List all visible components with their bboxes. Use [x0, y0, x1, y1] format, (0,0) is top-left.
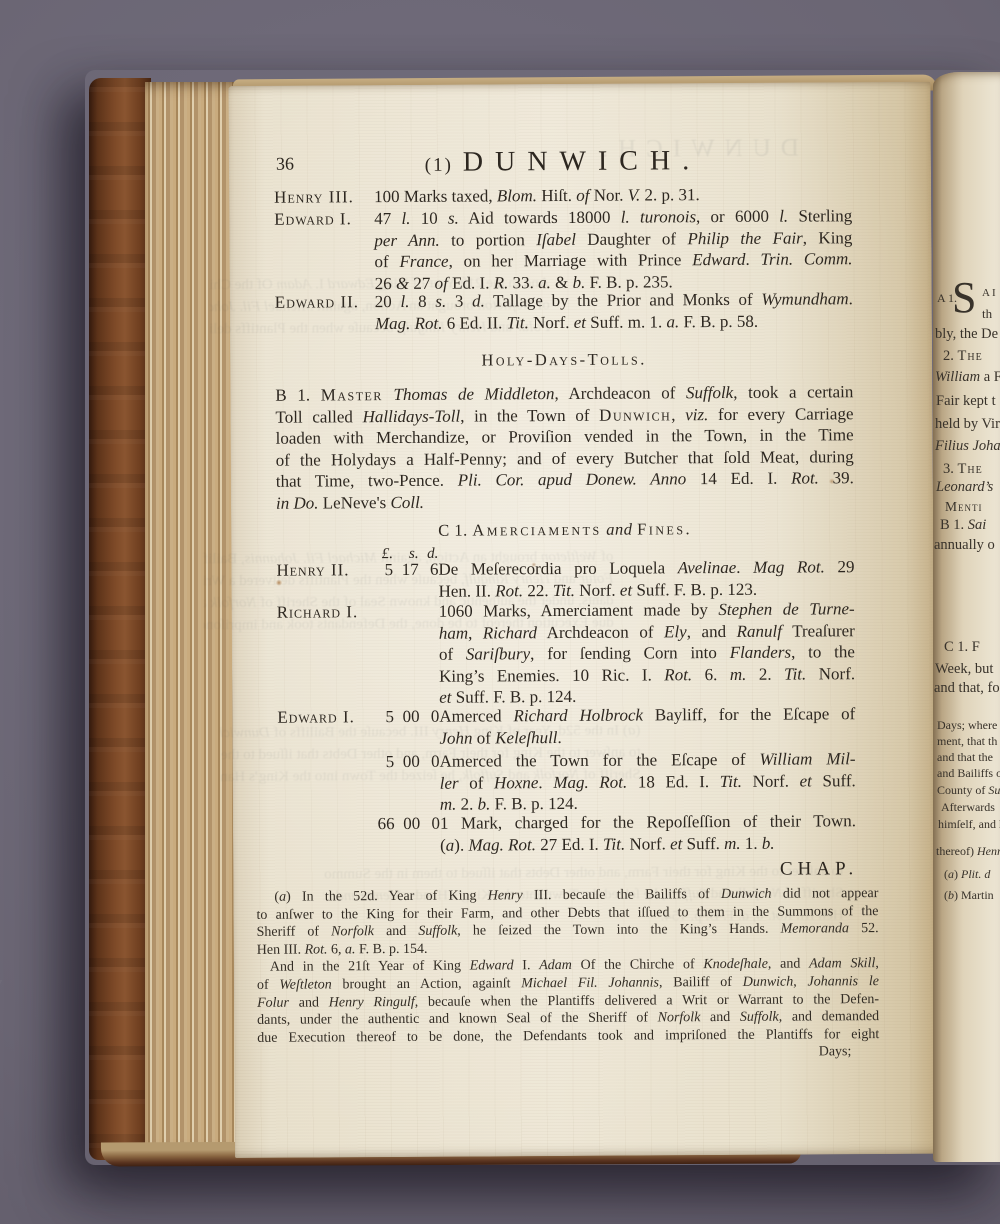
book-spine: [89, 78, 151, 1160]
text-line: of Sariſbury, for ſending Corn into Flan…: [439, 641, 855, 665]
reign-label: Henry II.: [276, 559, 371, 603]
text-line: 20 l. 8 s. 3 d. Tallage by the Prior and…: [375, 288, 853, 312]
text-line: Amerced the Town for the Eſcape of Willi…: [440, 748, 856, 772]
right-page-text-fragment: (b) Martin: [944, 888, 994, 903]
text-line: 1 Mark, charged for the Repoſſeſſion of …: [440, 810, 856, 834]
text-line: Mag. Rot. 6 Ed. II. Tit. Norf. et Suff. …: [375, 310, 853, 334]
running-title-mark: (1): [425, 155, 453, 176]
text-line: in Do. LeNeve's Coll.: [276, 489, 854, 514]
right-page-text-fragment: Menti: [945, 499, 983, 515]
text-line: 47 l. 10 s. Aid towards 18000 l. turonoi…: [374, 205, 852, 229]
right-page-text-fragment: County of Suf: [937, 783, 1000, 798]
entry-text: 20 l. 8 s. 3 d. Tallage by the Prior and…: [375, 288, 853, 334]
money-cells: 5 00 0: [373, 751, 440, 816]
pence-value: 6: [421, 559, 439, 602]
amerciament-row: Edward I. 5 00 0 Amerced Richard Holbroc…: [277, 703, 855, 750]
shillings-value: 17: [395, 559, 419, 602]
right-page-text-fragment: C 1. F: [944, 639, 980, 656]
amerciament-row: 66 00 0 1 Mark, charged for the Repoſſeſ…: [278, 810, 856, 857]
text-line: per Ann. to portion Iſabel Daughter of P…: [374, 227, 852, 251]
right-page: A 1. S AI th bly, the De 2. The William …: [933, 72, 1000, 1162]
text-line: John of Keleſhull.: [439, 725, 855, 749]
footnote: (a) In the 52d. Year of King Henry III. …: [256, 885, 879, 1065]
text-line: Amerced Richard Holbrock Bayliff, for th…: [439, 703, 855, 727]
photo-backdrop: DUNWICH. And in the 21ſt Year of King Ed…: [0, 0, 1000, 1224]
right-page-text-fragment: Afterwards: [941, 800, 995, 815]
right-page-text-fragment: B 1. Sai: [940, 517, 986, 534]
entry-text: 47 l. 10 s. Aid towards 18000 l. turonoi…: [374, 205, 853, 294]
text-line: 100 Marks taxed, Blom. Hiſt. of Nor. V. …: [374, 183, 852, 207]
money-cells: 5 00 0: [372, 706, 439, 749]
left-page: DUNWICH. And in the 21ſt Year of King Ed…: [228, 82, 937, 1158]
right-page-text-fragment: Fair kept t: [936, 393, 996, 410]
tolls-paragraph: B 1. Master Thomas de Middleton, Archdea…: [275, 381, 854, 514]
reign-label: Edward I.: [274, 208, 375, 295]
entry-text: Amerced Richard Holbrock Bayliff, for th…: [439, 703, 855, 749]
right-page-text-fragment: AI: [982, 287, 998, 299]
amerciament-row: Richard I. 1060 Marks, Amerciament made …: [277, 598, 856, 709]
right-page-text-fragment: and that, fo: [934, 680, 1000, 697]
section-heading-holy-days-tolls: Holy-Days-Tolls.: [275, 348, 853, 372]
right-page-text-fragment: Week, but: [935, 661, 993, 678]
money-cells: 66 00 0: [373, 813, 440, 856]
running-title: (1)DUNWICH.: [274, 144, 852, 180]
amerciament-row: 5 00 0 Amerced the Town for the Eſcape o…: [278, 748, 856, 816]
entry-text: 1 Mark, charged for the Repoſſeſſion of …: [440, 810, 856, 856]
text-line: (a). Mag. Rot. 27 Ed. I. Tit. Norf. et S…: [440, 832, 856, 856]
section-heading-amerciaments-fines: C 1. Amerciaments and Fines.: [276, 518, 854, 542]
right-page-text-fragment: Leonard’s: [936, 479, 993, 496]
right-page-text-fragment: and Bailiffs of: [937, 766, 1000, 781]
open-book: DUNWICH. And in the 21ſt Year of King Ed…: [85, 70, 1000, 1165]
footnote-catchword: Days;: [257, 1043, 879, 1064]
entry-text: Amerced the Town for the Eſcape of Willi…: [440, 748, 856, 815]
text-line: ham, Richard Archdeacon of Ely, and Ranu…: [439, 620, 855, 644]
tax-entry-row: Edward I. 47 l. 10 s. Aid towards 18000 …: [274, 205, 853, 295]
reign-label: Henry III.: [274, 186, 374, 208]
right-page-text-fragment: thereof) Henry: [936, 844, 1000, 859]
right-page-text-fragment: annually o: [934, 537, 995, 554]
money-cells: [372, 601, 440, 709]
amerciament-row: Henry II. 5 17 6 De Meſerecordia pro Loq…: [276, 556, 854, 603]
right-page-text-fragment: Days; where: [937, 718, 997, 733]
pounds-value: 5: [371, 559, 393, 602]
right-page-text-fragment: 3. The: [943, 461, 983, 478]
entry-text: De Meſerecordia pro Loquela Avelinae. Ma…: [438, 556, 854, 602]
right-page-text-fragment: William a F: [935, 369, 1000, 386]
right-page-text-fragment: ment, that th: [937, 734, 997, 749]
money-cells: 5 17 6: [371, 559, 438, 602]
text-line: De Meſerecordia pro Loquela Avelinae. Ma…: [438, 556, 854, 580]
page-header: 36 (1)DUNWICH.: [274, 144, 852, 178]
right-page-text-fragment: and that the: [937, 750, 993, 765]
reign-label: Edward II.: [275, 291, 375, 335]
text-line: 1060 Marks, Amerciament made by Stephen …: [439, 598, 855, 622]
entry-text: 100 Marks taxed, Blom. Hiſt. of Nor. V. …: [374, 183, 852, 207]
right-page-text-fragment: 2. The: [943, 348, 983, 365]
text-line: King’s Enemies. 10 Ric. I. Rot. 6. m. 2.…: [439, 663, 855, 687]
text-line: ler of Hoxne. Mag. Rot. 18 Ed. I. Tit. N…: [440, 770, 856, 794]
right-page-text-fragment: himſelf, and h: [938, 817, 1000, 832]
right-page-text-fragment: Filius Joha: [935, 438, 1000, 455]
reign-label: Richard I.: [277, 601, 373, 709]
right-page-text-fragment: bly, the De: [935, 326, 998, 343]
tax-entry-row: Edward II. 20 l. 8 s. 3 d. Tallage by th…: [275, 288, 853, 335]
tax-entry-row: Henry III. 100 Marks taxed, Blom. Hiſt. …: [274, 183, 852, 208]
right-page-text-fragment: th: [982, 306, 992, 322]
right-page-text-fragment: (a) Plit. d: [944, 867, 990, 882]
right-page-drop-cap: S: [952, 272, 976, 323]
entry-text: 1060 Marks, Amerciament made by Stephen …: [439, 598, 856, 708]
running-title-word: DUNWICH.: [463, 145, 701, 177]
catchword: CHAP.: [780, 858, 858, 880]
reign-label: Edward I.: [277, 706, 372, 750]
text-line: of France, on her Marriage with Prince E…: [374, 248, 852, 272]
right-page-text-fragment: held by Vir: [935, 416, 1000, 433]
